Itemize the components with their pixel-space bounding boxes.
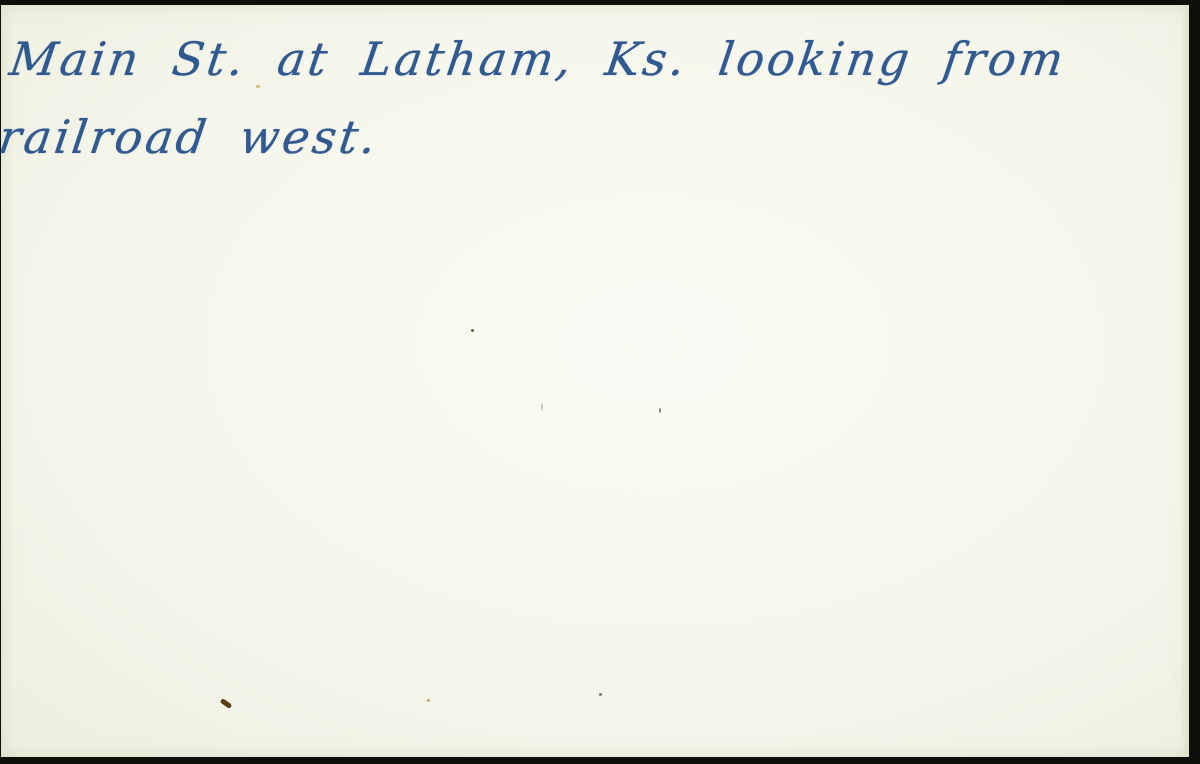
paper-blemish	[599, 693, 602, 696]
handwritten-caption: Main St. at Latham, Ks. looking from rai…	[0, 11, 1073, 185]
scanned-document: Main St. at Latham, Ks. looking from rai…	[0, 0, 1200, 764]
paper-blemish	[256, 85, 260, 88]
paper-blemish	[427, 699, 430, 702]
paper-blemish	[541, 403, 543, 411]
paper-blemish	[220, 698, 233, 709]
postcard-back: Main St. at Latham, Ks. looking from rai…	[1, 5, 1189, 757]
paper-blemish	[659, 408, 661, 413]
paper-blemish	[471, 329, 474, 332]
